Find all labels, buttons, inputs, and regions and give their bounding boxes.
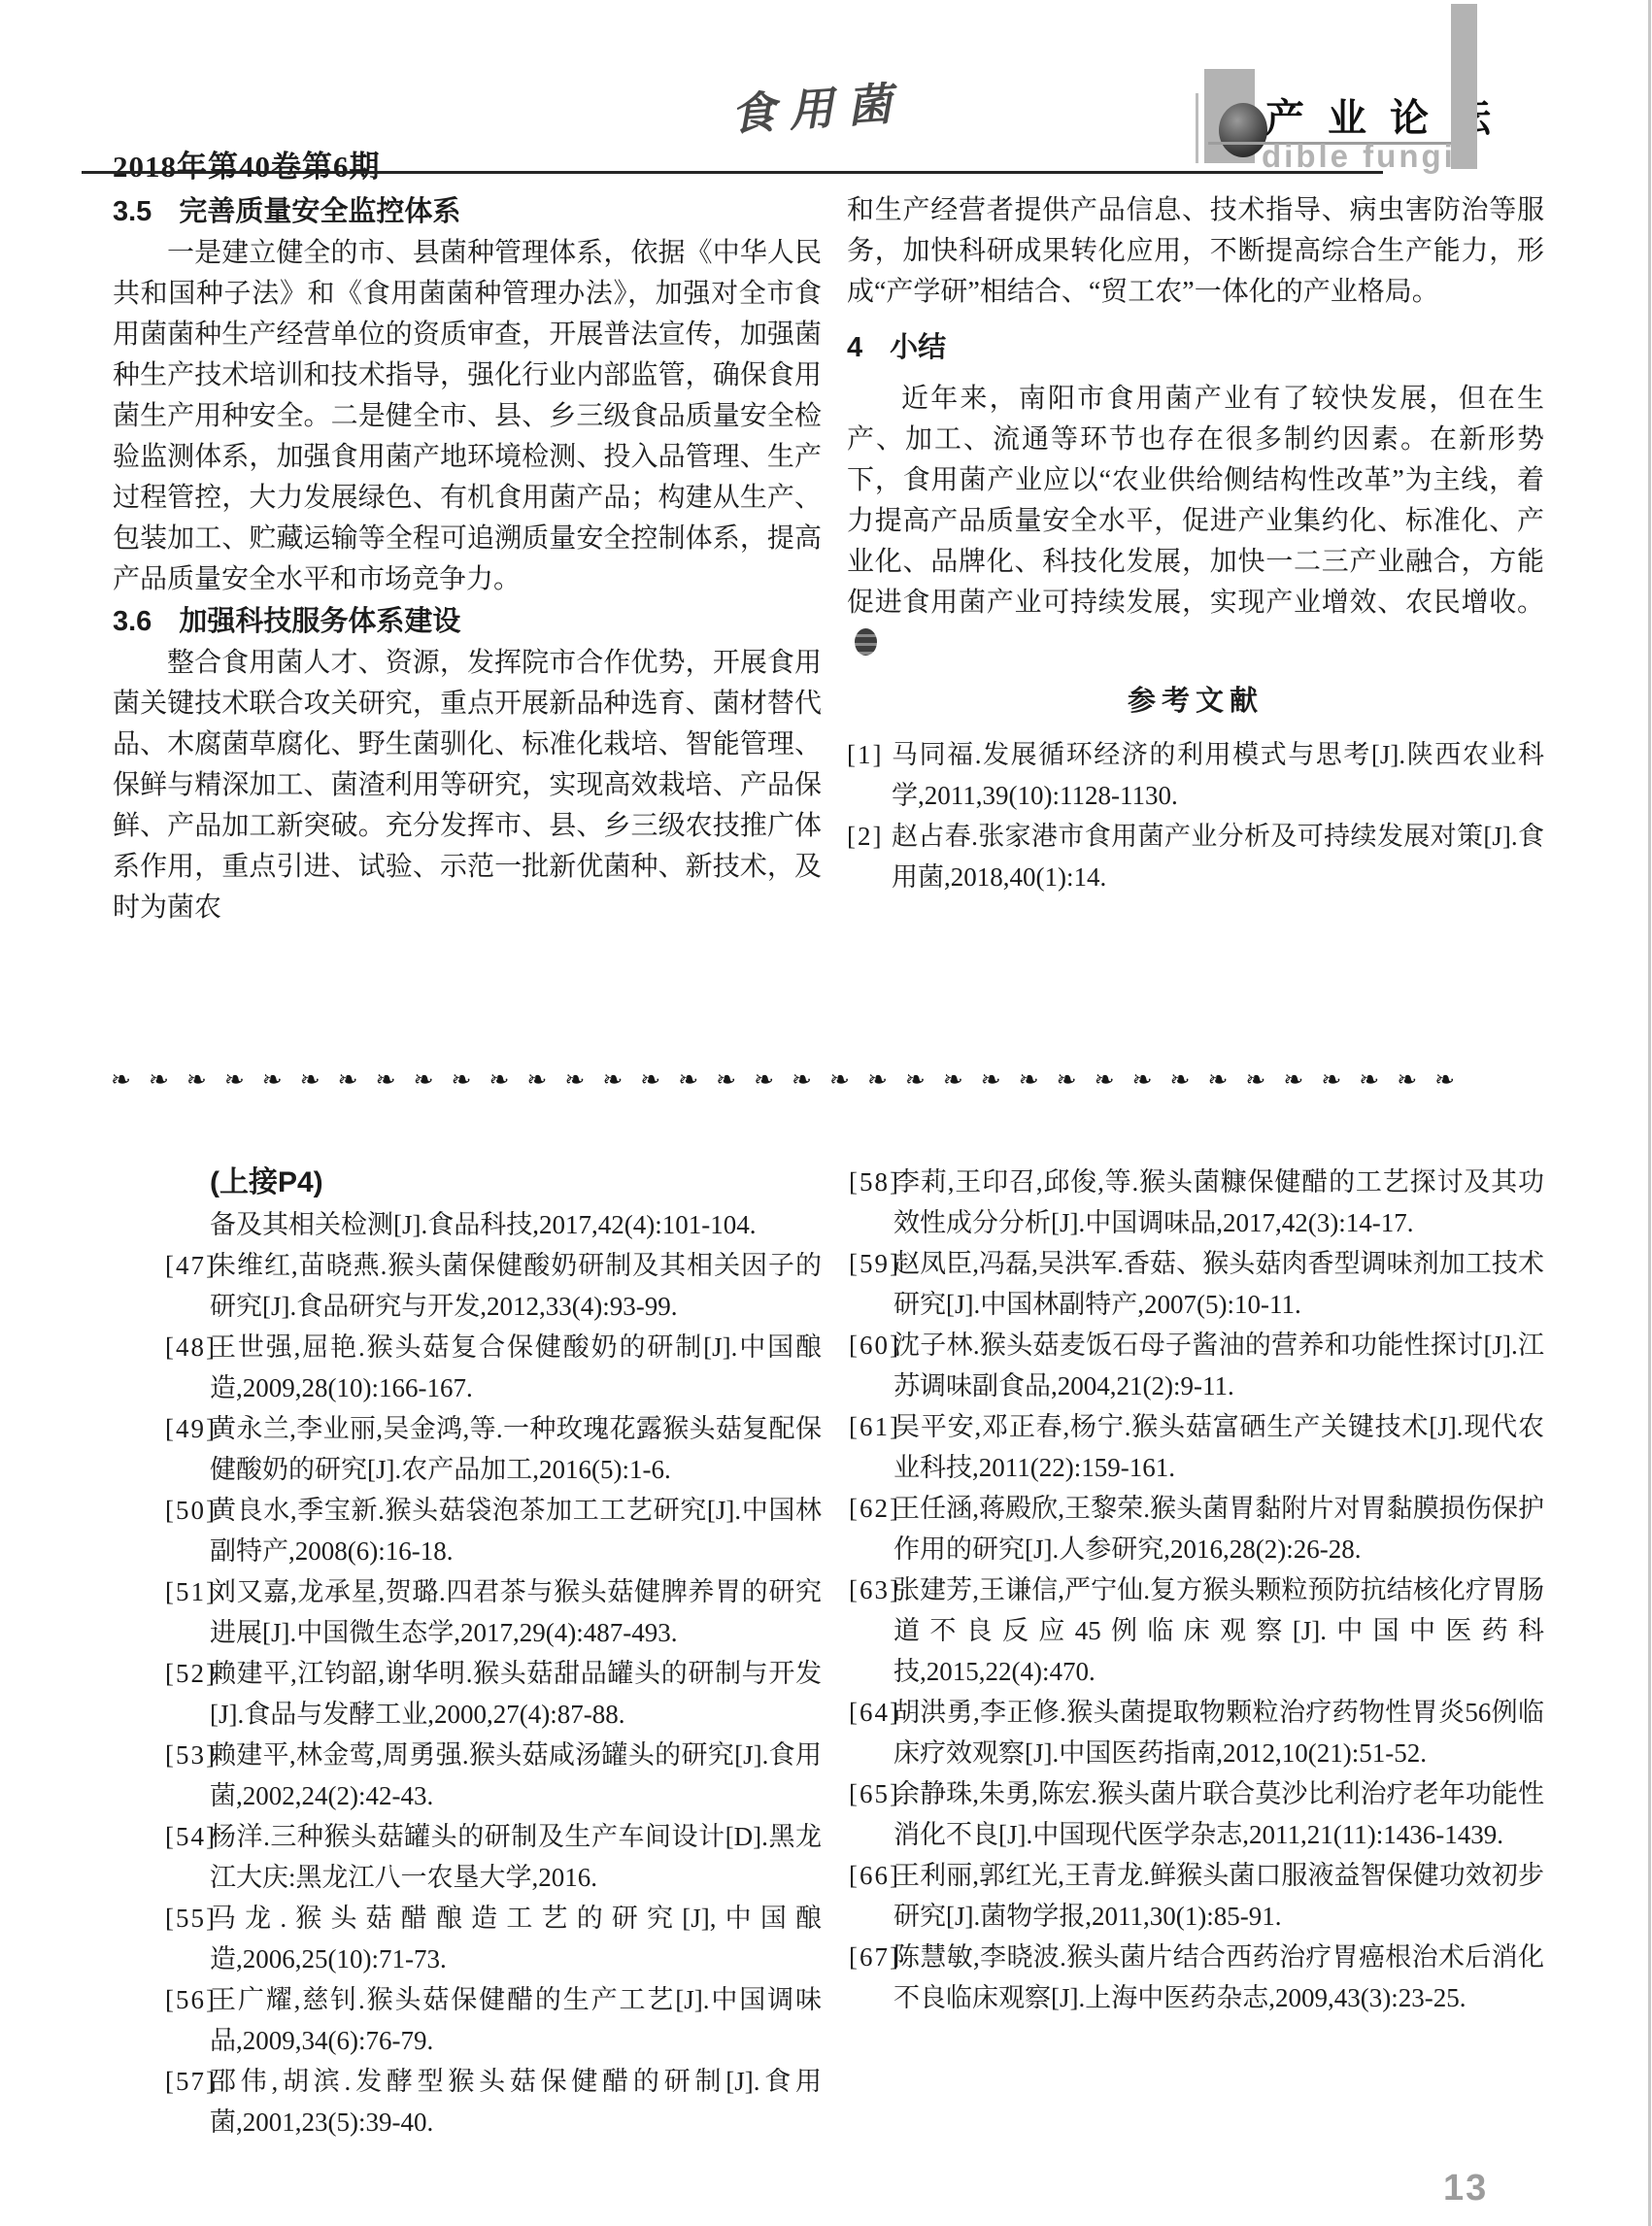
reference-text: 赖建平,江钧韶,谢华明.猴头菇甜品罐头的研制与开发[J].食品与发酵工业,200… [210, 1659, 822, 1729]
reference-item: [52] 赖建平,江钧韶,谢华明.猴头菇甜品罐头的研制与开发[J].食品与发酵工… [165, 1653, 822, 1735]
reference-number: [58] [849, 1162, 900, 1202]
reference-item: [2] 赵占春.张家港市食用菌产业分析及可持续发展对策[J].食用菌,2018,… [847, 816, 1544, 897]
article-end-icon [855, 628, 877, 656]
reference-text: 王利丽,郭红光,王青龙.鲜猴头菌口服液益智保健功效初步研究[J].菌物学报,20… [893, 1861, 1544, 1931]
reference-text: 朱维红,苗晓燕.猴头菌保健酸奶研制及其相关因子的研究[J].食品研究与开发,20… [210, 1251, 822, 1321]
reference-number: [55] [165, 1898, 217, 1939]
mushroom-sphere-icon [1219, 103, 1267, 157]
reference-text: 马同福.发展循环经济的利用模式与思考[J].陕西农业科学,2011,39(10)… [892, 740, 1544, 810]
reference-item: [67] 陈慧敏,李晓波.猴头菌片结合西药治疗胃癌根治术后消化不良临床观察[J]… [849, 1937, 1544, 2018]
journal-masthead-calligraphy: 食用菌 [728, 68, 907, 144]
reference-text: 王世强,屈艳.猴头菇复合保健酸奶的研制[J].中国酿造,2009,28(10):… [210, 1332, 822, 1402]
reference-number: [61] [849, 1406, 900, 1447]
reference-number: [64] [849, 1692, 900, 1733]
reference-item: [57] 邵伟,胡滨.发酵型猴头菇保健醋的研制[J].食用菌,2001,23(5… [165, 2061, 822, 2142]
reference-text: 余静珠,朱勇,陈宏.猴头菌片联合莫沙比利治疗老年功能性消化不良[J].中国现代医… [893, 1779, 1544, 1849]
reference-item: [47] 朱维红,苗晓燕.猴头菌保健酸奶研制及其相关因子的研究[J].食品研究与… [165, 1245, 822, 1327]
section-heading-4: 4 小结 [847, 326, 1544, 369]
paragraph-quality-system: 一是建立健全的市、县菌种管理体系，依据《中华人民共和国种子法》和《食用菌菌种管理… [113, 233, 822, 600]
page-number: 13 [1443, 2168, 1488, 2209]
top-right-column: 和生产经营者提供产品信息、技术指导、病虫害防治等服务，加快科研成果转化应用，不断… [847, 190, 1544, 897]
reference-item: [61] 吴平安,邓正春,杨宁.猴头菇富硒生产关键技术[J].现代农业科技,20… [849, 1406, 1544, 1488]
reference-number: [60] [849, 1325, 900, 1366]
carryover-reference-line: 备及其相关检测[J].食品科技,2017,42(4):101-104. [165, 1204, 822, 1245]
reference-number: [47] [165, 1245, 217, 1286]
reference-number: [59] [849, 1243, 900, 1284]
reference-item: [1] 马同福.发展循环经济的利用模式与思考[J].陕西农业科学,2011,39… [847, 734, 1544, 816]
reference-text: 邵伟,胡滨.发酵型猴头菇保健醋的研制[J].食用菌,2001,23(5):39-… [210, 2067, 822, 2137]
reference-number: [48] [165, 1327, 217, 1367]
section-heading-3-6: 3.6 加强科技服务体系建设 [113, 600, 822, 643]
section-number: 4 [847, 326, 862, 369]
reference-list-main: [1] 马同福.发展循环经济的利用模式与思考[J].陕西农业科学,2011,39… [847, 734, 1544, 897]
reference-number: [57] [165, 2061, 217, 2102]
section-number: 3.6 [113, 600, 152, 643]
reference-number: [51] [165, 1571, 217, 1612]
section-number: 3.5 [113, 190, 152, 233]
page-edge-line [1648, 0, 1651, 2226]
reference-list-right: [58] 李莉,王印召,邱俊,等.猴头菌糠保健醋的工艺探讨及其功效性成分分析[J… [849, 1162, 1544, 2018]
ornament-divider: ❧❧❧❧❧❧❧❧❧❧❧❧❧❧❧❧❧❧❧❧❧❧❧❧❧❧❧❧❧❧❧❧❧❧❧❧ [111, 1065, 1550, 1095]
reference-text: 王任涵,蒋殿欣,王黎荣.猴头菌胃黏附片对胃黏膜损伤保护作用的研究[J].人参研究… [893, 1494, 1544, 1564]
reference-number: [62] [849, 1488, 900, 1529]
reference-list-left: [47] 朱维红,苗晓燕.猴头菌保健酸奶研制及其相关因子的研究[J].食品研究与… [165, 1245, 822, 2142]
reference-number: [54] [165, 1816, 217, 1857]
reference-number: [66] [849, 1855, 900, 1896]
reference-item: [51] 刘又嘉,龙承星,贺璐.四君茶与猴头菇健脾养胃的研究进展[J].中国微生… [165, 1571, 822, 1653]
reference-text: 赵凤臣,冯磊,吴洪军.香菇、猴头菇肉香型调味剂加工技术研究[J].中国林副特产,… [893, 1249, 1544, 1319]
reference-text: 杨洋.三种猴头菇罐头的研制及生产车间设计[D].黑龙江大庆:黑龙江八一农垦大学,… [210, 1822, 822, 1892]
reference-number: [52] [165, 1653, 217, 1694]
section-title: 完善质量安全监控体系 [179, 190, 460, 233]
reference-item: [55] 马龙.猴头菇醋酿造工艺的研究[J],中国酿造,2006,25(10):… [165, 1898, 822, 1979]
reference-text: 刘又嘉,龙承星,贺璐.四君茶与猴头菇健脾养胃的研究进展[J].中国微生态学,20… [210, 1577, 822, 1647]
paragraph-summary: 近年来，南阳市食用菌产业有了较快发展，但在生产、加工、流通等环节也存在很多制约因… [847, 379, 1544, 664]
reference-item: [56] 王广耀,慈钊.猴头菇保健醋的生产工艺[J].中国调味品,2009,34… [165, 1979, 822, 2061]
reference-text: 李莉,王印召,邱俊,等.猴头菌糠保健醋的工艺探讨及其功效性成分分析[J].中国调… [893, 1167, 1544, 1237]
reference-item: [62] 王任涵,蒋殿欣,王黎荣.猴头菌胃黏附片对胃黏膜损伤保护作用的研究[J]… [849, 1488, 1544, 1569]
reference-item: [50] 黄良水,季宝新.猴头菇袋泡茶加工工艺研究[J].中国林副特产,2008… [165, 1490, 822, 1571]
reference-text: 张建芳,王谦信,严宁仙.复方猴头颗粒预防抗结核化疗胃肠道不良反应45例临床观察[… [893, 1575, 1544, 1686]
reference-item: [58] 李莉,王印召,邱俊,等.猴头菌糠保健醋的工艺探讨及其功效性成分分析[J… [849, 1162, 1544, 1243]
reference-number: [56] [165, 1979, 217, 2020]
reference-item: [60] 沈子林.猴头菇麦饭石母子酱油的营养和功能性探讨[J].江苏调味副食品,… [849, 1325, 1544, 1406]
continued-from-label: (上接P4) [165, 1162, 822, 1204]
reference-number: [53] [165, 1735, 217, 1775]
reference-text: 赵占春.张家港市食用菌产业分析及可持续发展对策[J].食用菌,2018,40(1… [892, 822, 1544, 892]
reference-number: [63] [849, 1569, 900, 1610]
reference-text: 黄良水,季宝新.猴头菇袋泡茶加工工艺研究[J].中国林副特产,2008(6):1… [210, 1496, 822, 1566]
reference-number: [49] [165, 1408, 217, 1449]
column-banner-subtitle: dible fungi [1262, 138, 1456, 175]
reference-text: 胡洪勇,李正修.猴头菌提取物颗粒治疗药物性胃炎56例临床疗效观察[J].中国医药… [893, 1698, 1544, 1768]
section-heading-3-5: 3.5 完善质量安全监控体系 [113, 190, 822, 233]
reference-number: [50] [165, 1490, 217, 1531]
section-title: 小结 [890, 326, 946, 369]
reference-text: 马龙.猴头菇醋酿造工艺的研究[J],中国酿造,2006,25(10):71-73… [210, 1904, 822, 1973]
journal-issue-info: 2018年第40卷第6期 [113, 142, 381, 185]
reference-text: 沈子林.猴头菇麦饭石母子酱油的营养和功能性探讨[J].江苏调味副食品,2004,… [893, 1331, 1544, 1400]
banner-left-line [1196, 93, 1198, 163]
paragraph-tech-service: 整合食用菌人才、资源，发挥院市合作优势，开展食用菌关键技术联合攻关研究，重点开展… [113, 643, 822, 928]
reference-number: [1] [847, 734, 883, 775]
reference-number: [2] [847, 816, 883, 857]
page-corner-bar [1451, 4, 1477, 169]
bottom-left-column: (上接P4) 备及其相关检测[J].食品科技,2017,42(4):101-10… [165, 1162, 822, 2142]
reference-text: 陈慧敏,李晓波.猴头菌片结合西药治疗胃癌根治术后消化不良临床观察[J].上海中医… [893, 1942, 1544, 2012]
reference-item: [48] 王世强,屈艳.猴头菇复合保健酸奶的研制[J].中国酿造,2009,28… [165, 1327, 822, 1408]
reference-text: 黄永兰,李业丽,吴金鸿,等.一种玫瑰花露猴头菇复配保健酸奶的研究[J].农产品加… [210, 1414, 822, 1484]
reference-item: [53] 赖建平,林金莺,周勇强.猴头菇咸汤罐头的研究[J].食用菌,2002,… [165, 1735, 822, 1816]
section-title: 加强科技服务体系建设 [179, 600, 460, 643]
reference-text: 王广耀,慈钊.猴头菇保健醋的生产工艺[J].中国调味品,2009,34(6):7… [210, 1985, 822, 2055]
journal-page: 2018年第40卷第6期 食用菌 产业论坛 dible fungi 3.5 完善… [0, 0, 1652, 2226]
reference-item: [63] 张建芳,王谦信,严宁仙.复方猴头颗粒预防抗结核化疗胃肠道不良反应45例… [849, 1569, 1544, 1692]
reference-item: [65] 余静珠,朱勇,陈宏.猴头菌片联合莫沙比利治疗老年功能性消化不良[J].… [849, 1773, 1544, 1855]
reference-number: [67] [849, 1937, 900, 1977]
header-rule [82, 171, 1383, 174]
reference-item: [49] 黄永兰,李业丽,吴金鸿,等.一种玫瑰花露猴头菇复配保健酸奶的研究[J]… [165, 1408, 822, 1490]
reference-number: [65] [849, 1773, 900, 1814]
reference-item: [59] 赵凤臣,冯磊,吴洪军.香菇、猴头菇肉香型调味剂加工技术研究[J].中国… [849, 1243, 1544, 1325]
reference-text: 赖建平,林金莺,周勇强.猴头菇咸汤罐头的研究[J].食用菌,2002,24(2)… [210, 1740, 822, 1810]
paragraph-tech-service-continued: 和生产经营者提供产品信息、技术指导、病虫害防治等服务，加快科研成果转化应用，不断… [847, 190, 1544, 313]
reference-item: [64] 胡洪勇,李正修.猴头菌提取物颗粒治疗药物性胃炎56例临床疗效观察[J]… [849, 1692, 1544, 1773]
references-heading: 参考文献 [847, 680, 1544, 723]
reference-text: 吴平安,邓正春,杨宁.猴头菇富硒生产关键技术[J].现代农业科技,2011(22… [893, 1412, 1544, 1482]
reference-item: [54] 杨洋.三种猴头菇罐头的研制及生产车间设计[D].黑龙江大庆:黑龙江八一… [165, 1816, 822, 1898]
reference-item: [66] 王利丽,郭红光,王青龙.鲜猴头菌口服液益智保健功效初步研究[J].菌物… [849, 1855, 1544, 1937]
bottom-right-column: [58] 李莉,王印召,邱俊,等.猴头菌糠保健醋的工艺探讨及其功效性成分分析[J… [849, 1162, 1544, 2018]
top-left-column: 3.5 完善质量安全监控体系 一是建立健全的市、县菌种管理体系，依据《中华人民共… [113, 190, 822, 928]
